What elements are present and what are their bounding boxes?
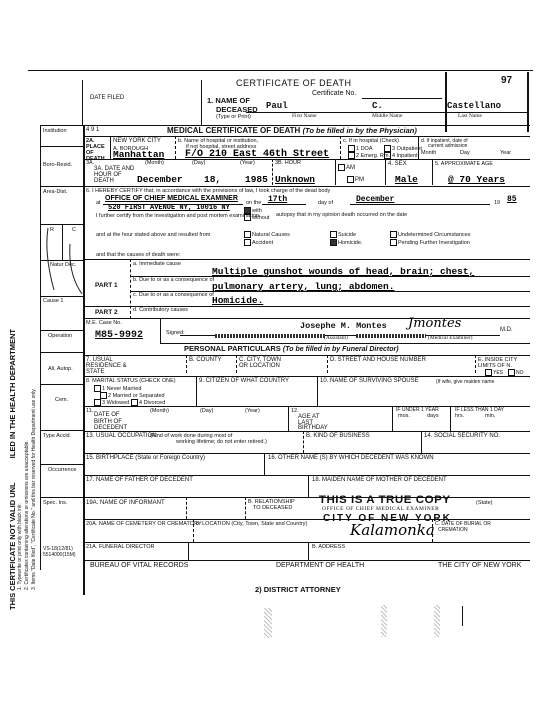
last-name-label: Last Name — [458, 113, 482, 119]
divider — [83, 519, 530, 520]
bureau-footer: BUREAU OF VITAL RECORDS — [90, 562, 188, 569]
city-label: c. CITY, TOWN OR LOCATION — [239, 357, 289, 369]
form-code-2: 5514000(15M) — [43, 552, 76, 558]
natural-causes-option[interactable]: Natural Causes — [244, 231, 290, 238]
without-label: without — [252, 215, 269, 221]
divider — [110, 136, 111, 159]
further-text: I further certify from the investigation… — [96, 213, 259, 219]
certify-month-value: December — [356, 195, 394, 204]
dob-label-1: DATE OF — [94, 412, 120, 418]
married-option[interactable]: 2 Married or Separated — [100, 392, 165, 399]
inpatient-year-label: Year — [500, 150, 511, 156]
medical-examiner-label: (Medical Examiner) — [428, 335, 472, 341]
code-occurrence: Occurrence — [48, 467, 76, 473]
state-label: (State) — [476, 500, 493, 506]
code-type-accid: Type Accid. — [43, 433, 71, 439]
divider — [83, 186, 530, 187]
never-married-checkbox[interactable] — [94, 385, 101, 392]
divider — [83, 318, 530, 319]
divider — [186, 355, 187, 373]
certificate-no-value: 97 — [501, 75, 512, 86]
pencil-mark-icon — [40, 224, 83, 296]
divider — [262, 204, 306, 205]
street-label: d. STREET AND HOUSE NUMBER — [330, 357, 426, 363]
pm-label: PM — [355, 177, 364, 183]
inside-no-option[interactable]: NO — [508, 369, 524, 376]
pending-option[interactable]: Pending Further Investigation — [390, 239, 470, 246]
certificate-no-label: Certificate No. — [312, 90, 356, 97]
personal-section-header: PERSONAL PARTICULARS (To be filled in by… — [184, 344, 399, 353]
marital-status-label: 8. MARITAL STATUS (Check One) — [86, 378, 176, 384]
relationship-label-2: TO DECEASED — [253, 505, 292, 511]
institution-code: 4 9 1 — [86, 127, 99, 133]
day-of-label: day of — [318, 200, 333, 206]
me-case-label: M.E. Case No. — [86, 320, 122, 326]
divider — [264, 453, 265, 475]
am-option[interactable]: AM — [338, 164, 355, 171]
sex-value: Male — [395, 174, 418, 185]
widowed-option[interactable]: 3 Widowed — [94, 399, 129, 406]
birthplace-label: 15. BIRTHPLACE (State or Foreign Country… — [86, 455, 205, 461]
divider — [308, 542, 309, 560]
inpatient-month-label: Month — [421, 150, 436, 156]
burial-date-label-2: CREMATION — [438, 527, 468, 533]
undetermined-checkbox[interactable] — [390, 231, 397, 238]
divider — [83, 431, 530, 432]
dob-number: 11. — [86, 408, 93, 414]
divider — [130, 259, 131, 319]
undetermined-option[interactable]: Undetermined Circumstances — [390, 231, 470, 238]
cause-a-label: a. Immediate cause — [133, 261, 181, 267]
divider — [527, 72, 529, 132]
examiner-signature: Jmontes — [408, 316, 461, 331]
no-label: NO — [516, 370, 524, 376]
divider — [317, 376, 318, 406]
part2-label: PART 2 — [95, 309, 118, 316]
suicide-option[interactable]: Suicide — [330, 231, 356, 238]
divider — [83, 542, 530, 543]
undetermined-label: Undetermined Circumstances — [398, 232, 470, 238]
month-label: (Month) — [145, 160, 164, 166]
last-name-value: Castellano — [447, 101, 501, 111]
father-name-label: 17. NAME OF FATHER OF DECEDENT — [86, 477, 193, 483]
divider — [308, 475, 309, 497]
accident-option[interactable]: Accident — [244, 239, 273, 246]
first-name-label: First Name — [292, 113, 317, 119]
divider — [340, 136, 341, 159]
widowed-checkbox[interactable] — [94, 399, 101, 406]
code-spec-ins: Spec. Ins. — [43, 500, 67, 506]
inpatient-day-label: Day — [460, 150, 470, 156]
dob-year-label: (Year) — [245, 408, 260, 414]
divider — [186, 497, 187, 519]
examiner-name: Josephe M. Montes — [300, 321, 387, 331]
divider — [245, 497, 246, 519]
divider — [83, 453, 530, 454]
doa-checkbox[interactable] — [348, 145, 355, 152]
without-option[interactable]: without — [244, 214, 269, 221]
divider — [83, 259, 530, 260]
divider — [40, 430, 83, 431]
married-checkbox[interactable] — [100, 392, 107, 399]
redacted-bar — [215, 334, 325, 338]
death-day-value: 18, — [204, 174, 221, 185]
divider — [83, 560, 530, 561]
causes-intro: and that the causes of death were: — [96, 252, 180, 258]
code-institution: Institution — [43, 128, 67, 134]
cause-c-label: c. Due to or as a consequence of — [133, 292, 214, 298]
with-checkbox[interactable] — [244, 207, 251, 214]
side-warning-text: THIS CERTIFICATE NOT VALID UNL — [8, 483, 17, 611]
yes-label: YES — [493, 370, 503, 376]
divider — [40, 464, 83, 465]
middle-name-label: Middle Name — [372, 113, 402, 119]
city-footer: THE CITY OF NEW YORK — [438, 562, 521, 569]
am-checkbox[interactable] — [338, 164, 345, 171]
side-warning-text-2: ILED IN THE HEALTH DEPARTMENT — [8, 329, 17, 458]
homicide-option[interactable]: Homicide. — [330, 239, 362, 246]
code-cause: Cause 1 — [43, 298, 64, 304]
divider — [82, 80, 83, 125]
side-note-2: 2. Certificates containing alterations o… — [24, 440, 30, 590]
with-option[interactable]: with — [244, 207, 262, 214]
hour-label: 3b. HOUR — [275, 160, 301, 166]
day-label: (Day) — [192, 160, 205, 166]
divider — [83, 136, 530, 137]
inside-no-checkbox[interactable] — [508, 369, 515, 376]
certify-location-1: OFFICE OF CHIEF MEDICAL EXAMINER — [105, 195, 238, 202]
pending-checkbox[interactable] — [390, 239, 397, 246]
cause-c-value: Homicide. — [212, 295, 263, 306]
assistant-label: (Assistant) — [324, 335, 348, 341]
accident-checkbox[interactable] — [244, 239, 251, 246]
divider — [188, 542, 189, 560]
divider — [201, 80, 202, 125]
funeral-address-label: b. ADDRESS — [312, 544, 345, 550]
true-copy-stamp-line1: THIS IS A TRUE COPY — [319, 494, 451, 506]
top-rule — [28, 70, 533, 71]
pm-checkbox[interactable] — [347, 176, 354, 183]
divider — [40, 497, 83, 498]
year-prefix-label: 19 — [494, 200, 500, 206]
divorced-option[interactable]: 4 Divorced — [131, 399, 165, 406]
divider — [385, 159, 386, 185]
pm-option[interactable]: PM — [347, 176, 364, 183]
certificate-no-line — [362, 98, 442, 99]
side-note-3: 3. Items "Date filed", "Certificate No."… — [31, 388, 37, 590]
side-note-1: 1. Typewrite or print only with black in… — [17, 503, 23, 590]
suicide-label: Suicide — [338, 232, 356, 238]
at-label: at — [96, 200, 101, 206]
divider — [272, 159, 273, 185]
cemetery-label: 20a. NAME OF CEMETERY OR CREMATORY — [86, 521, 202, 527]
part1-label: PART 1 — [95, 282, 118, 289]
mos-label: mos. — [398, 413, 410, 419]
divider — [418, 136, 419, 159]
opinion-text: autopsy that in my opinion death occurre… — [276, 212, 407, 218]
pending-label: Pending Further Investigation — [398, 240, 470, 246]
age-value: @ 70 Years — [448, 174, 505, 185]
personal-header-text: PERSONAL PARTICULARS — [184, 344, 281, 353]
md-label: M.D. — [500, 327, 513, 333]
informant-label: 19a. NAME OF INFORMANT — [86, 500, 165, 506]
divider — [40, 296, 83, 297]
county-label: b. COUNTY — [189, 357, 222, 363]
code-operation: Operation — [48, 333, 72, 339]
certify-location-2: 520 FIRST AVENUE NY, 10016 NY — [108, 204, 230, 212]
sex-label: 4. SEX — [388, 161, 407, 167]
dob-day-label: (Day) — [200, 408, 213, 414]
divider — [40, 146, 83, 147]
cause-b-label: b. Due to or as a consequence of — [133, 277, 214, 283]
outpatient-option[interactable]: 3 Outpatient — [384, 145, 422, 152]
personal-header-note: (To be filled in by Funeral Director) — [283, 346, 399, 353]
divider — [40, 186, 83, 187]
spouse-label: 10. NAME OF SURVIVING SPOUSE — [320, 378, 419, 384]
inside-city-label: e. INSIDE CITY LIMITS OF N. — [478, 357, 528, 369]
homicide-label: Homicide. — [338, 240, 362, 246]
scan-noise — [264, 608, 272, 638]
nyc-label: NEW YORK CITY — [113, 138, 161, 144]
divider — [350, 204, 490, 205]
date-hour-label-3: DEATH — [94, 178, 114, 184]
scan-mark — [462, 606, 463, 626]
code-cem: Cem. — [55, 397, 68, 403]
ssn-label: 14. SOCIAL SECURITY NO. — [424, 433, 500, 439]
certify-day-value: 17th — [268, 195, 287, 204]
inpatient-checkbox[interactable] — [384, 152, 391, 159]
divider — [40, 352, 83, 353]
age-label: 5. APPROXIMATE AGE — [435, 161, 493, 167]
inpatient-option[interactable]: 4 Inpatient — [384, 152, 418, 159]
divider — [475, 355, 476, 373]
divider — [83, 497, 530, 498]
without-checkbox[interactable] — [244, 214, 251, 221]
code-boro-resid: Boro-Resid. — [43, 162, 72, 168]
scan-noise — [434, 605, 440, 637]
divider — [83, 355, 530, 356]
min-label: min. — [485, 413, 495, 419]
divider — [392, 406, 393, 431]
days-label: days — [427, 413, 439, 419]
divider — [335, 159, 336, 185]
spouse-note: (If wife, give maiden name — [436, 379, 494, 385]
hrs-label: hrs. — [455, 413, 464, 419]
mother-name-label: 18. MAIDEN NAME OF MOTHER OF DECEDENT — [312, 477, 447, 483]
death-year-value: 1985 — [245, 174, 268, 185]
death-hour-value: Unknown — [275, 174, 315, 185]
first-name-value: Paul — [266, 101, 288, 111]
me-case-value: M85-9992 — [95, 330, 143, 341]
inside-yes-option[interactable]: YES — [485, 369, 503, 376]
death-month-value: December — [137, 174, 183, 185]
homicide-checkbox[interactable] — [330, 239, 337, 246]
funeral-director-label: 21a. FUNERAL DIRECTOR — [86, 544, 154, 550]
hospital-check-label: c. If in hospital (Check) — [343, 138, 399, 144]
am-label: AM — [346, 165, 355, 171]
name-label: 1. NAME OF — [207, 96, 250, 105]
divider — [40, 384, 83, 385]
medical-header-note: (To be filled in by the Physician) — [303, 126, 417, 135]
true-copy-signature: Kalamonka — [350, 521, 435, 539]
emergency-checkbox[interactable] — [348, 152, 355, 159]
divider — [421, 431, 422, 453]
coding-column-left — [40, 125, 41, 570]
cause-d-label: d. Contributory causes — [133, 307, 188, 313]
true-copy-stamp-line2: OFFICE OF CHIEF MEDICAL EXAMINER — [322, 506, 439, 512]
distribution-note: 2) DISTRICT ATTORNEY — [255, 585, 341, 594]
occupation-note-2: working lifetime; do not enter retired.) — [176, 439, 267, 445]
business-label: b. KIND OF BUSINESS — [306, 433, 370, 439]
divider — [83, 475, 530, 476]
natural-causes-checkbox[interactable] — [244, 231, 251, 238]
divider — [193, 519, 194, 542]
divider — [175, 136, 176, 159]
cemetery-location-label: b. LOCATION (City, Town, State and Count… — [196, 521, 307, 527]
divider — [327, 355, 328, 373]
date-filed-label: DATE FILED — [90, 95, 124, 101]
occupation-label: 13. USUAL OCCUPATION — [86, 433, 157, 439]
doa-option[interactable]: 1 DOA — [348, 145, 373, 152]
divider — [303, 431, 304, 453]
outpatient-checkbox[interactable] — [384, 145, 391, 152]
middle-name-value: C. — [372, 101, 383, 111]
certificate-title: CERTIFICATE OF DEATH — [236, 78, 352, 88]
divider — [40, 330, 83, 331]
divider — [450, 406, 451, 431]
divider — [83, 376, 530, 377]
never-married-option[interactable]: 1 Never Married — [94, 385, 141, 392]
divider — [432, 159, 433, 185]
suicide-checkbox[interactable] — [330, 231, 337, 238]
citizen-label: 9. CITIZEN OF WHAT COUNTRY — [199, 378, 289, 384]
code-ali-autop: Ali. Autop. — [48, 366, 73, 372]
divider — [236, 355, 237, 373]
divider — [288, 406, 289, 431]
dob-month-label: (Month) — [150, 408, 169, 414]
certify-text: 6. I HEREBY CERTIFY that, in accordance … — [86, 188, 330, 194]
residence-label: 7. USUAL RESIDENCE & STATE — [86, 357, 136, 375]
certify-year-value: 85 — [507, 195, 517, 204]
accident-label: Accident — [252, 240, 273, 246]
medical-section-header: MEDICAL CERTIFICATE OF DEATH (To be fill… — [167, 126, 417, 135]
divorced-checkbox[interactable] — [131, 399, 138, 406]
medical-header-text: MEDICAL CERTIFICATE OF DEATH — [167, 126, 300, 135]
code-area-dist: Area-Dist. — [43, 189, 67, 195]
divider — [160, 318, 161, 343]
natural-causes-label: Natural Causes — [252, 232, 290, 238]
inside-yes-checkbox[interactable] — [485, 369, 492, 376]
side-warning: THIS CERTIFICATE NOT VALID UNL ILED IN T… — [8, 329, 17, 610]
year-label: (Year) — [240, 160, 255, 166]
coding-column-border — [83, 125, 85, 595]
on-the-label: on the — [246, 200, 261, 206]
redacted-bar-2 — [356, 334, 426, 338]
inpatient-date-label-2: current admission — [428, 143, 467, 149]
other-names-label: 16. OTHER NAME (S) BY WHICH DECEDENT WAS… — [268, 455, 434, 461]
department-footer: DEPARTMENT OF HEALTH — [276, 562, 364, 569]
scan-noise — [381, 605, 387, 637]
type-or-print-label: (Type or Print) — [216, 114, 251, 120]
hour-stated-text: and at the hour stated above and resulte… — [96, 232, 210, 238]
divider — [196, 376, 197, 406]
